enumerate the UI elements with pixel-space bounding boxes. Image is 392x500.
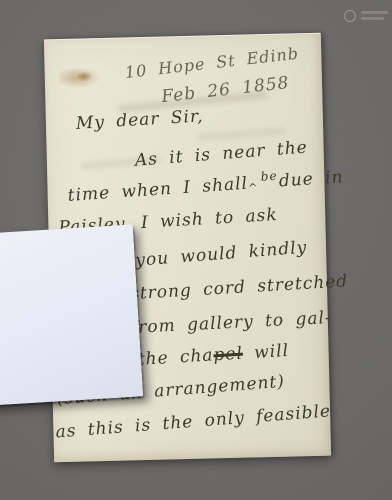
white-cover-slip <box>0 224 143 405</box>
body-line: strong cord stretched <box>130 271 349 304</box>
line-text: due in <box>278 167 344 191</box>
insertion-caret: ^ <box>248 181 259 195</box>
watermark-text-line <box>361 11 388 14</box>
photo-watermark <box>344 10 390 26</box>
body-line: As it is near the <box>134 138 308 171</box>
lens-circle-icon <box>344 10 356 22</box>
paper-stain <box>77 71 92 81</box>
line-text: the cha <box>137 345 214 369</box>
body-line: as this is the only feasible <box>55 401 332 442</box>
line-text: time when I shall <box>67 174 249 206</box>
letter-photograph: 10 Hope St Edinb Feb 26 1858 My dear Sir… <box>0 0 392 500</box>
body-line-with-strikethrough: the chapel will <box>137 341 289 370</box>
body-line: from gallery to gal- <box>130 308 332 338</box>
body-line: you would kindly <box>135 238 308 271</box>
inserted-word: be <box>260 169 278 184</box>
salutation-line: My dear Sir, <box>75 106 204 134</box>
line-text: will <box>242 341 289 364</box>
watermark-text-line <box>361 17 384 20</box>
struck-word: pel <box>213 344 244 366</box>
body-line-with-insertion: time when I shall^bedue in <box>67 167 344 206</box>
ink-showthrough <box>196 127 286 141</box>
